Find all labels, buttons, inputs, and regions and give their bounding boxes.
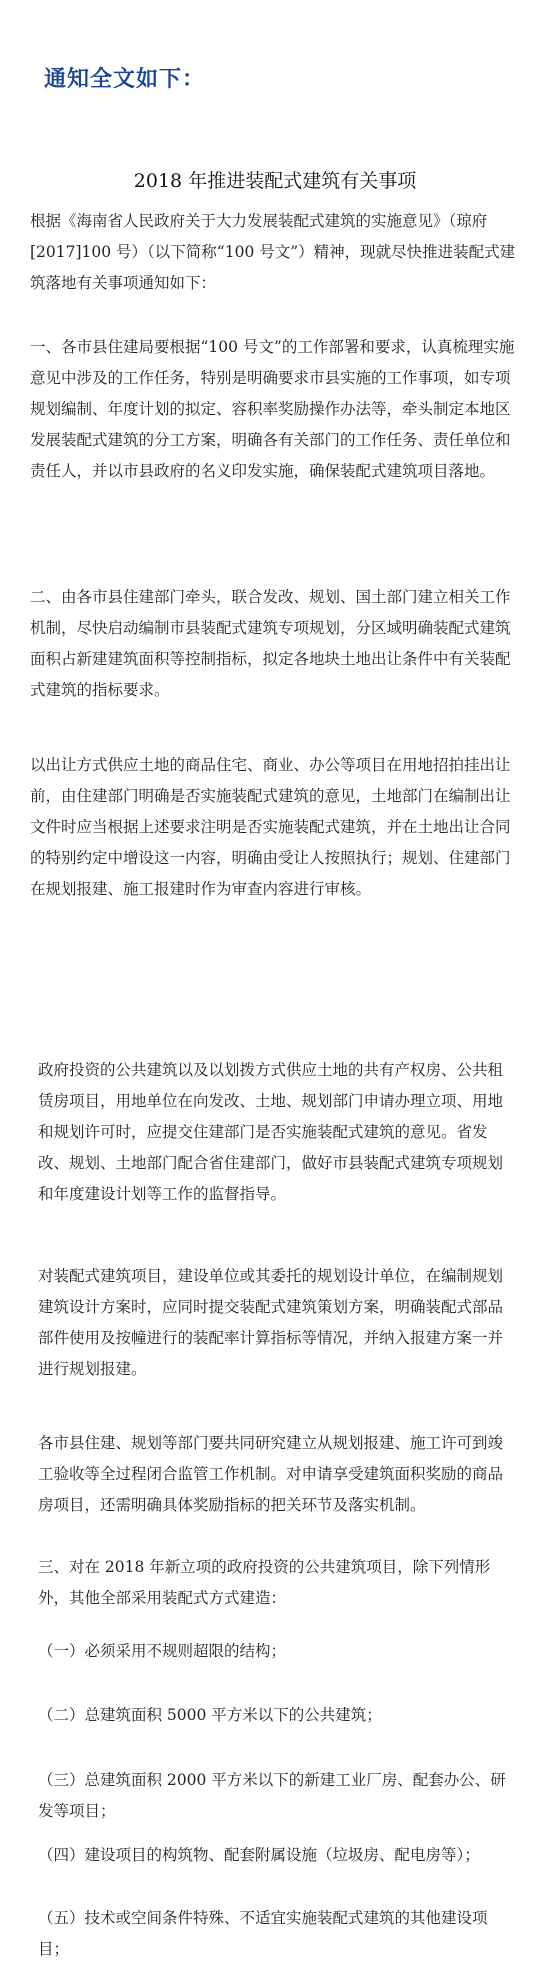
section-three-paragraph: 三、对在 2018 年新立项的政府投资的公共建筑项目，除下列情形外，其他全部采用… [38, 1552, 518, 1614]
document-title: 2018 年推进装配式建筑有关事项 [0, 166, 550, 193]
exception-item-4: （四）建设项目的构筑物、配套附属设施（垃圾房、配电房等）； [38, 1840, 518, 1871]
section-one-paragraph: 一、各市县住建局要根据“100 号文”的工作部署和要求，认真梳理实施意见中涉及的… [30, 332, 525, 487]
public-investment-paragraph: 政府投资的公共建筑以及以划拨方式供应土地的共有产权房、公共租赁房项目，用地单位在… [38, 1055, 518, 1210]
notice-header: 通知全文如下： [44, 62, 205, 93]
land-transfer-paragraph: 以出让方式供应土地的商品住宅、商业、办公等项目在用地招拍挂出让前，由住建部门明确… [30, 750, 525, 905]
section-two-paragraph: 二、由各市县住建部门牵头，联合发改、规划、国土部门建立相关工作机制，尽快启动编制… [30, 582, 525, 706]
exception-item-1: （一）必须采用不规则超限的结构； [38, 1636, 518, 1667]
supervision-paragraph: 各市县住建、规划等部门要共同研究建立从规划报建、施工许可到竣工验收等全过程闭合监… [38, 1428, 518, 1521]
exception-item-5: （五）技术或空间条件特殊、不适宜实施装配式建筑的其他建设项目； [38, 1903, 518, 1963]
intro-paragraph: 根据《海南省人民政府关于大力发展装配式建筑的实施意见》（琼府[2017]100 … [30, 206, 525, 299]
design-plan-paragraph: 对装配式建筑项目，建设单位或其委托的规划设计单位，在编制规划建筑设计方案时，应同… [38, 1261, 518, 1385]
exception-item-3: （三）总建筑面积 2000 平方米以下的新建工业厂房、配套办公、研发等项目； [38, 1765, 518, 1827]
exception-item-2: （二）总建筑面积 5000 平方米以下的公共建筑； [38, 1700, 518, 1731]
